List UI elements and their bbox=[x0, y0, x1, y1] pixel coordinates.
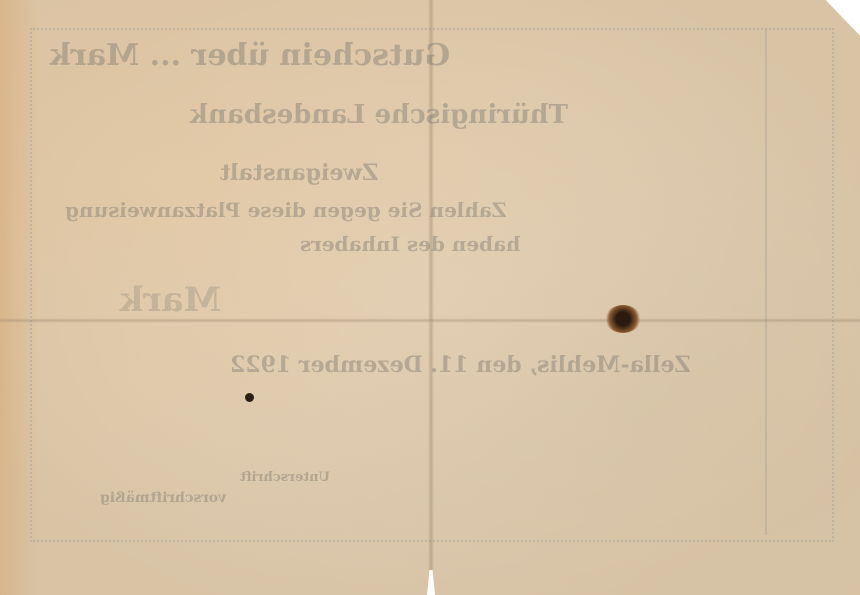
ghost-text-holder: haben des Inhabers bbox=[300, 232, 521, 256]
vertical-fold bbox=[428, 0, 434, 595]
ghost-text-bank: Thüringische Landesbank bbox=[190, 100, 568, 130]
ghost-text-header: Gutschein über ... Mark bbox=[50, 38, 450, 73]
ghost-text-footer: vorschriftmäßig bbox=[100, 490, 226, 506]
ghost-text-branch: Zweiganstalt bbox=[220, 160, 378, 186]
ghost-text-amount: Mark bbox=[120, 280, 221, 320]
vertical-rule bbox=[765, 30, 767, 535]
ghost-text-signature: Unterschrift bbox=[240, 470, 330, 485]
ink-dot bbox=[245, 393, 254, 402]
ghost-text-instruction: Zahlen Sie gegen diese Platzanweisung bbox=[65, 198, 506, 222]
ghost-text-date: Zella-Mehlis, den 11. Dezember 1922 bbox=[230, 352, 691, 378]
burn-stain bbox=[605, 305, 641, 333]
